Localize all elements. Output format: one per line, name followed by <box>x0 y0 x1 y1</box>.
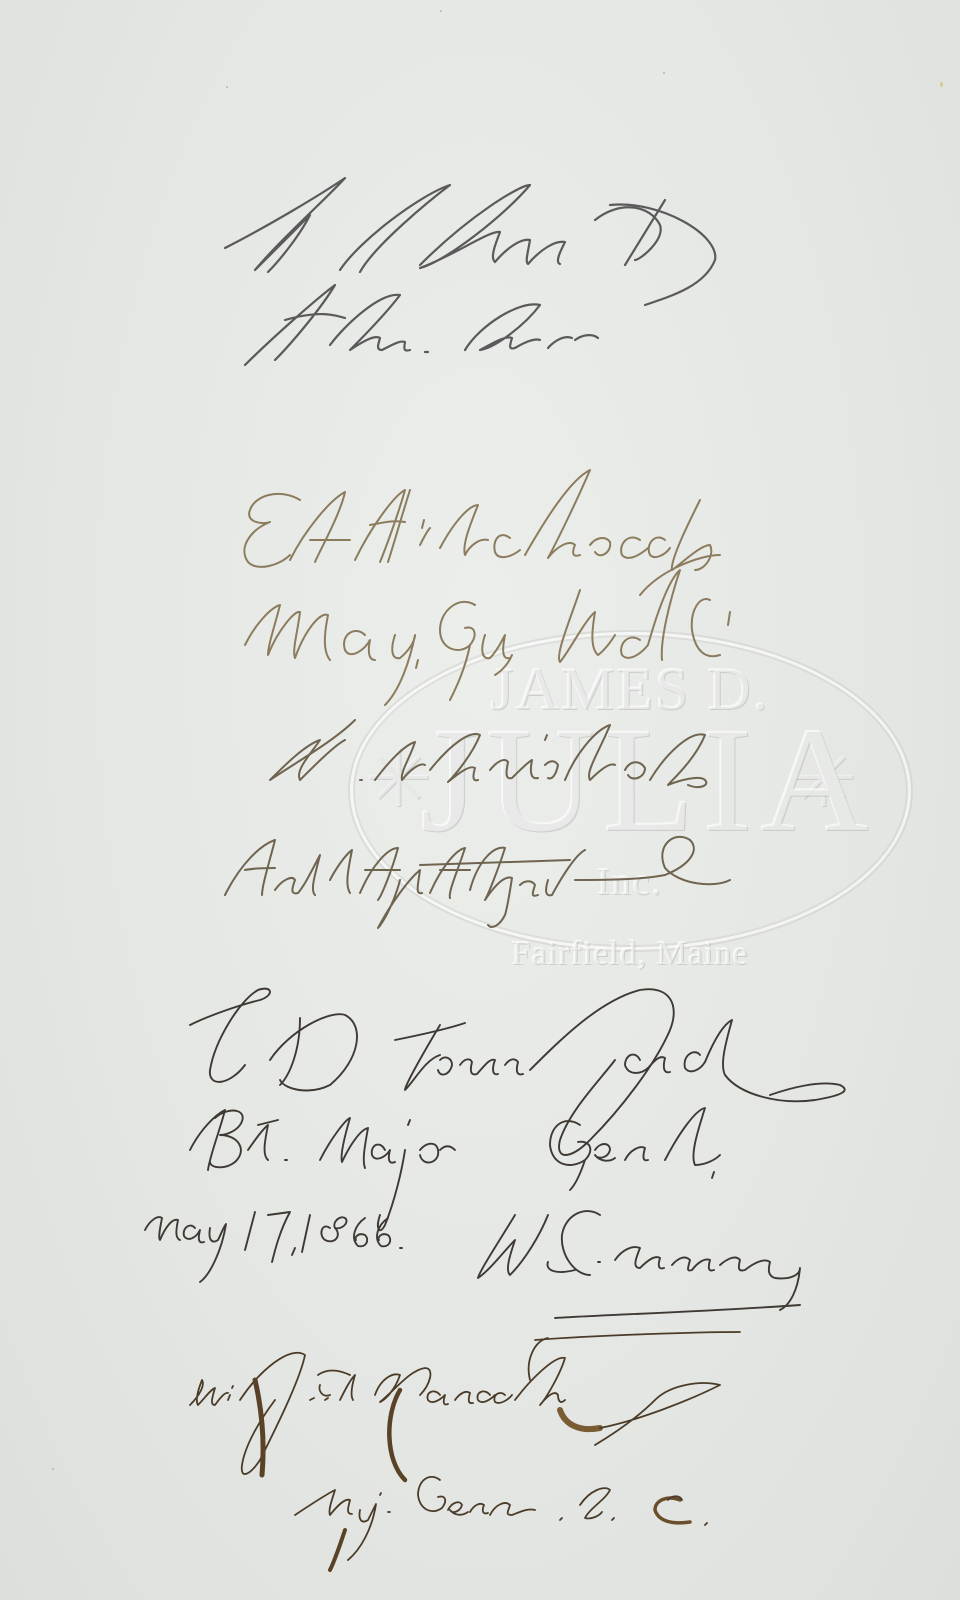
signature-townsend-name: E D Townsend <box>190 1000 596 1080</box>
signature-grant-title: Lt. Gen. U.S.A. <box>250 300 524 352</box>
signature-townsend-title: Bvt. Major Genl. <box>190 1110 563 1173</box>
signature-grant-name: U. S. Grant <box>230 200 507 269</box>
autograph-page: ✳ ✳ JAMES D. JULIA Inc. Fairfield, Maine <box>0 0 960 1600</box>
signature-hitchcock-name: E A Hitchcock <box>245 490 589 559</box>
signature-townsend-date: May 17, 1866. <box>145 1210 376 1257</box>
signature-hancock-name: Winf. S. Hancock <box>190 1360 569 1423</box>
signature-townsend-title2: U.S. Army <box>478 1215 725 1284</box>
signature-nichols-name: W. A. Nichols <box>270 730 566 793</box>
signature-hitchcock-title: Maj. Gen. Vol. <box>245 600 564 663</box>
signature-hancock-title: Maj. Genl. U.S. A. <box>295 1480 590 1527</box>
signature-nichols-title: Asst. Adjt. Genl. <box>225 840 583 903</box>
